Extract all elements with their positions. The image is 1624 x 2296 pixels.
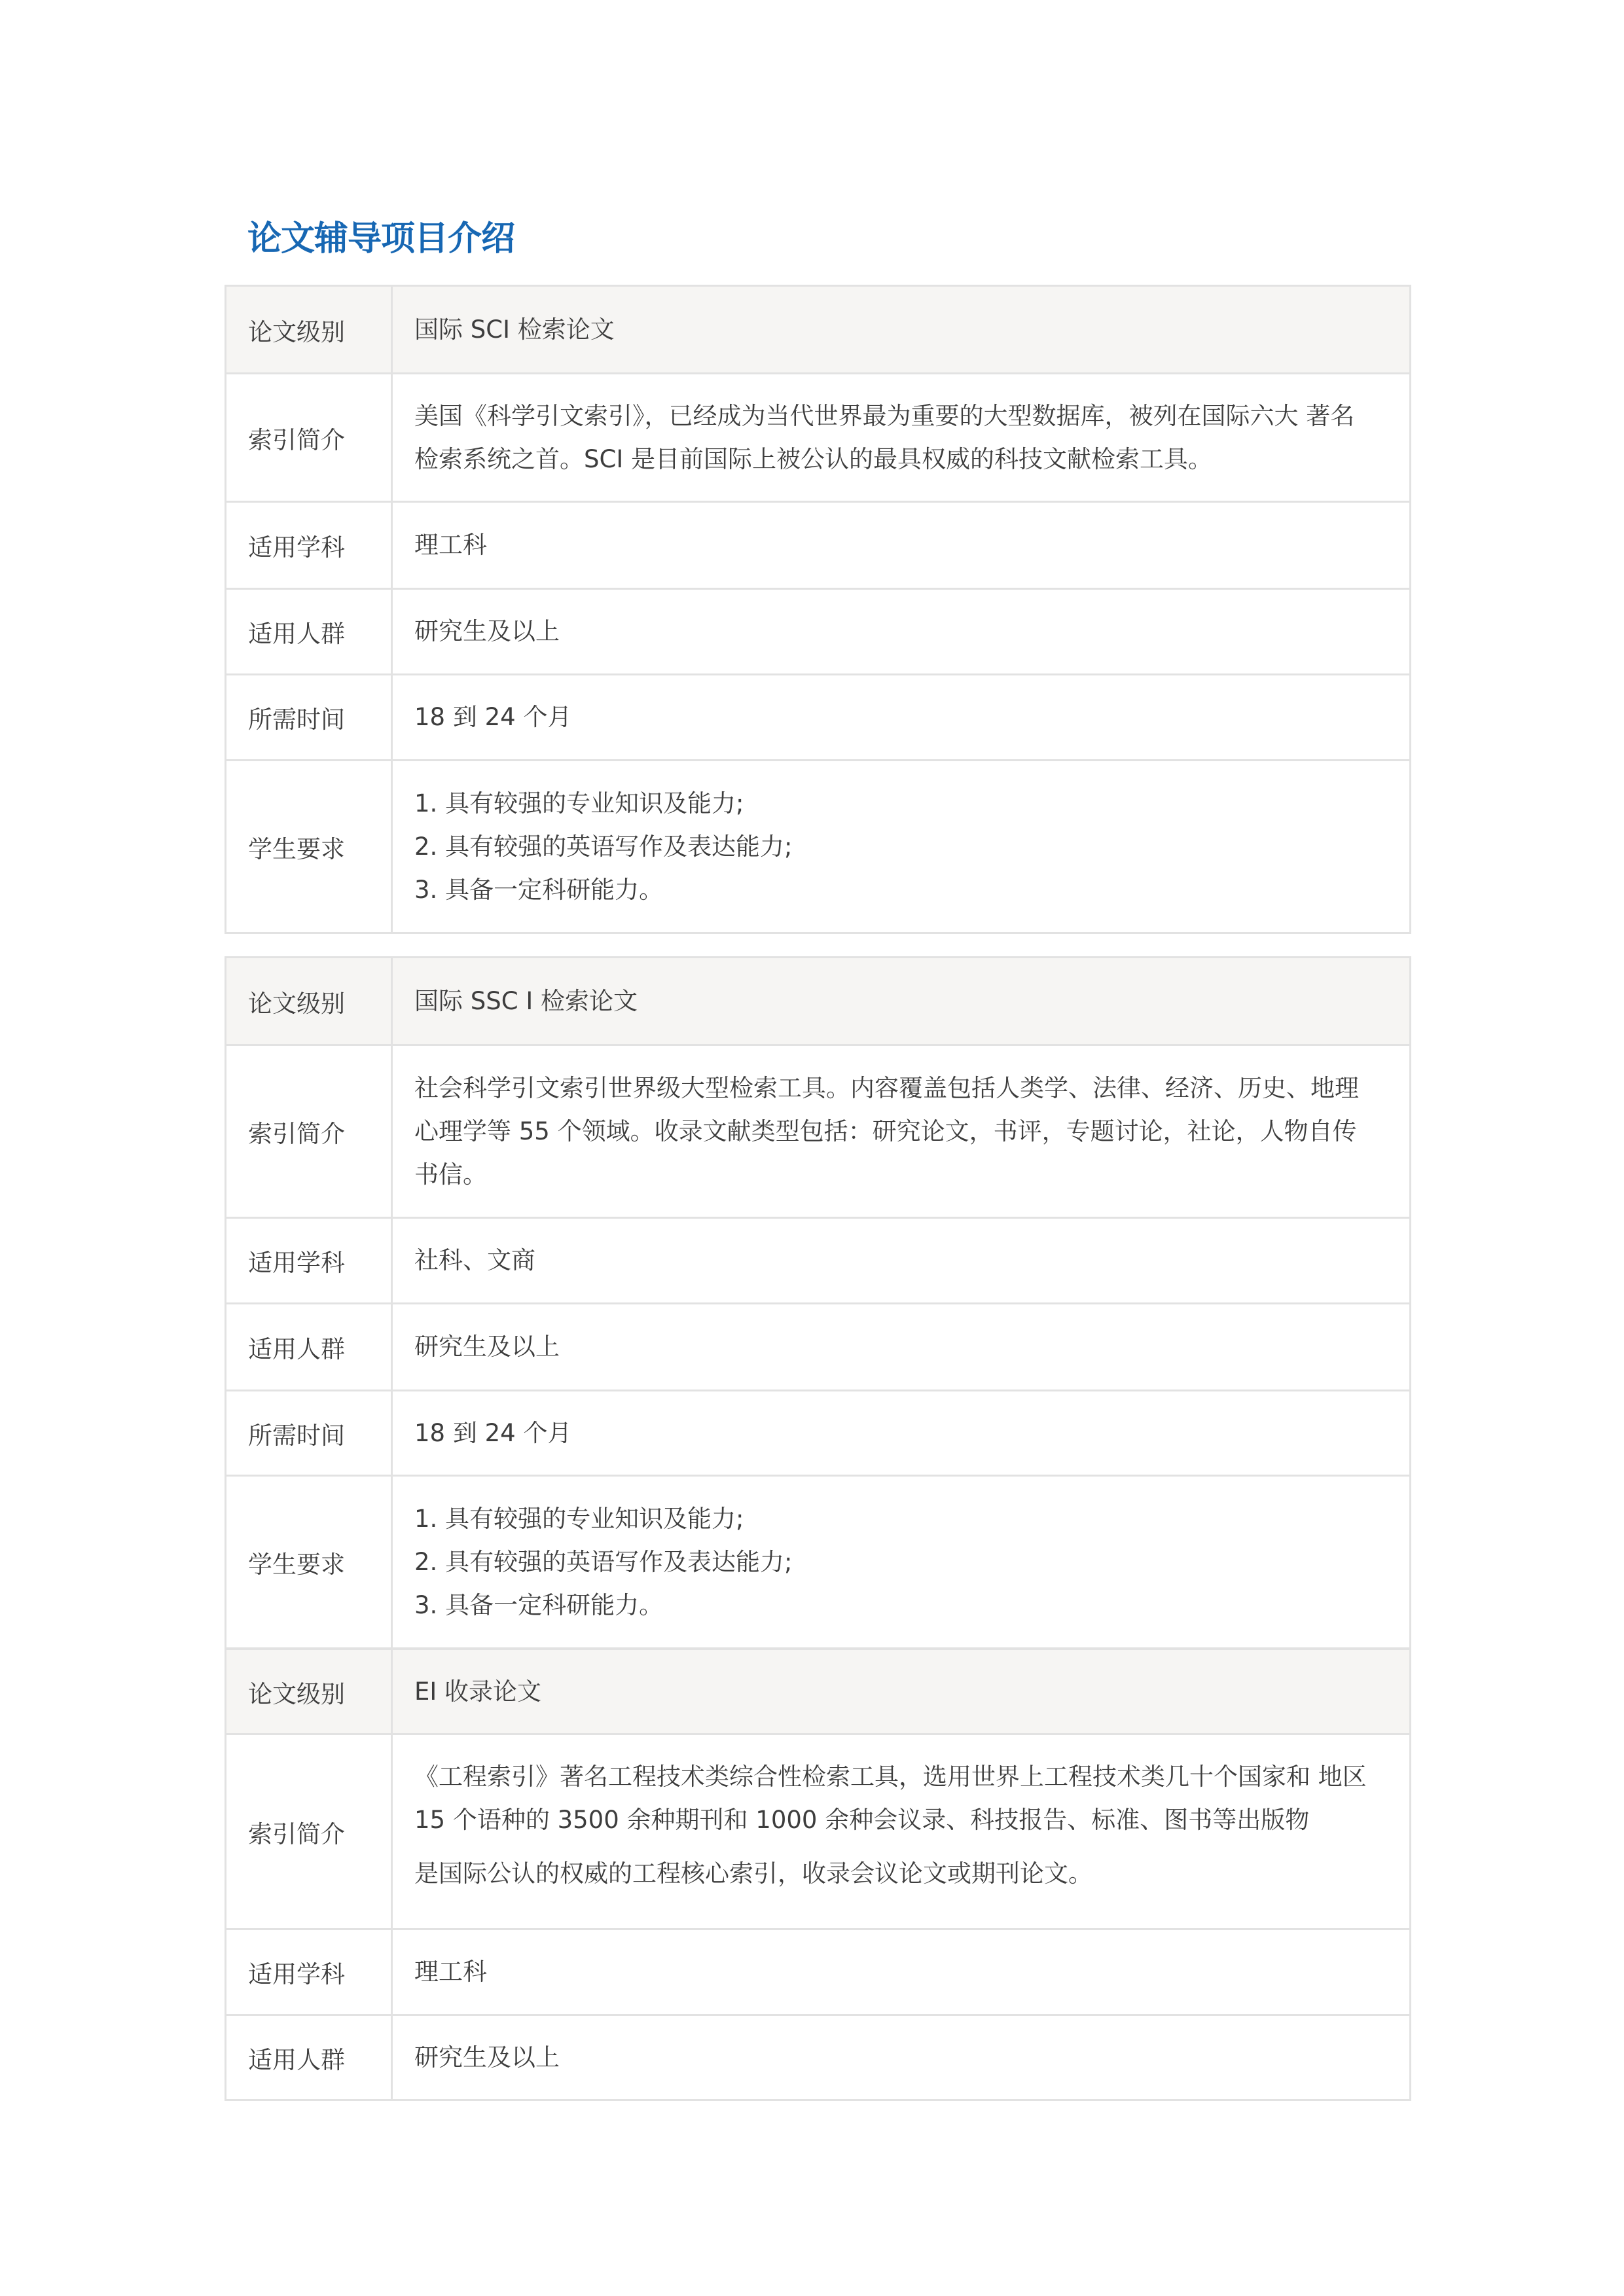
- row-value: 美国《科学引文索引》，已经成为当代世界最为重要的大型数据库，被列在国际六大 著名…: [393, 374, 1409, 501]
- table-row-audience: 适用人群 研究生及以上: [226, 1302, 1409, 1390]
- row-label: 适用学科: [226, 1219, 393, 1302]
- value-line: 18 到 24 个月: [414, 696, 1390, 739]
- row-value: EI 收录论文: [393, 1650, 1409, 1733]
- table-row-audience: 适用人群 研究生及以上: [226, 588, 1409, 673]
- value-line: 《工程索引》著名工程技术类综合性检索工具，选用世界上工程技术类几十个国家和 地区: [414, 1755, 1390, 1799]
- row-value: 《工程索引》著名工程技术类综合性检索工具，选用世界上工程技术类几十个国家和 地区…: [393, 1735, 1409, 1928]
- row-value: 国际 SCI 检索论文: [393, 287, 1409, 372]
- row-value: 理工科: [393, 1930, 1409, 2014]
- ssci-ei-table: 论文级别 国际 SSC I 检索论文 索引简介 社会科学引文索引世界级大型检索工…: [225, 956, 1411, 2101]
- table-row-intro: 索引简介 社会科学引文索引世界级大型检索工具。内容覆盖包括人类学、法律、经济、历…: [226, 1044, 1409, 1217]
- value-line: 3. 具备一定科研能力。: [414, 869, 1390, 912]
- table-row-duration: 所需时间 18 到 24 个月: [226, 1390, 1409, 1475]
- row-label: 论文级别: [226, 287, 393, 372]
- row-value: 1. 具有较强的专业知识及能力; 2. 具有较强的英语写作及表达能力; 3. 具…: [393, 761, 1409, 932]
- value-line: 15 个语种的 3500 余种期刊和 1000 余种会议录、科技报告、标准、图书…: [414, 1799, 1390, 1842]
- value-line: 3. 具备一定科研能力。: [414, 1584, 1390, 1627]
- row-label: 论文级别: [226, 958, 393, 1044]
- row-label: 适用学科: [226, 1930, 393, 2014]
- table-row-requirements: 学生要求 1. 具有较强的专业知识及能力; 2. 具有较强的英语写作及表达能力;…: [226, 1475, 1409, 1647]
- row-label: 索引简介: [226, 1735, 393, 1928]
- table-row-intro: 索引简介 美国《科学引文索引》，已经成为当代世界最为重要的大型数据库，被列在国际…: [226, 372, 1409, 501]
- table-row-requirements: 学生要求 1. 具有较强的专业知识及能力; 2. 具有较强的英语写作及表达能力;…: [226, 759, 1409, 932]
- table-row-audience: 适用人群 研究生及以上: [226, 2014, 1409, 2099]
- row-label: 索引简介: [226, 374, 393, 501]
- row-label: 索引简介: [226, 1046, 393, 1217]
- row-value: 研究生及以上: [393, 590, 1409, 673]
- table-row-level: 论文级别 国际 SCI 检索论文: [226, 287, 1409, 372]
- row-value: 理工科: [393, 503, 1409, 588]
- value-line: 国际 SSC I 检索论文: [414, 980, 1390, 1023]
- value-line: 研究生及以上: [414, 610, 1390, 653]
- row-label: 适用学科: [226, 503, 393, 588]
- value-line: 是国际公认的权威的工程核心索引，收录会议论文或期刊论文。: [414, 1852, 1390, 1895]
- value-line: 书信。: [414, 1153, 1390, 1196]
- value-line: 18 到 24 个月: [414, 1412, 1390, 1455]
- row-label: 学生要求: [226, 761, 393, 932]
- row-label: 所需时间: [226, 675, 393, 759]
- row-label: 论文级别: [226, 1650, 393, 1733]
- table-row-subject: 适用学科 理工科: [226, 1928, 1409, 2014]
- page-title: 论文辅导项目介绍: [247, 216, 514, 262]
- row-value: 社科、文商: [393, 1219, 1409, 1302]
- value-line: 2. 具有较强的英语写作及表达能力;: [414, 1541, 1390, 1584]
- table-row-subject: 适用学科 社科、文商: [226, 1217, 1409, 1302]
- table-row-level: 论文级别 EI 收录论文: [226, 1647, 1409, 1733]
- row-value: 国际 SSC I 检索论文: [393, 958, 1409, 1044]
- row-value: 研究生及以上: [393, 2016, 1409, 2099]
- value-line: 理工科: [414, 1950, 1390, 1994]
- row-label: 适用人群: [226, 590, 393, 673]
- table-row-duration: 所需时间 18 到 24 个月: [226, 673, 1409, 759]
- row-value: 研究生及以上: [393, 1304, 1409, 1390]
- value-line: 检索系统之首。SCI 是目前国际上被公认的最具权威的科技文献检索工具。: [414, 438, 1390, 481]
- row-label: 学生要求: [226, 1477, 393, 1647]
- value-line: 社科、文商: [414, 1239, 1390, 1282]
- value-line: 国际 SCI 检索论文: [414, 308, 1390, 351]
- value-line: 1. 具有较强的专业知识及能力;: [414, 782, 1390, 825]
- table-row-intro: 索引简介 《工程索引》著名工程技术类综合性检索工具，选用世界上工程技术类几十个国…: [226, 1733, 1409, 1928]
- row-label: 适用人群: [226, 1304, 393, 1390]
- value-line: 1. 具有较强的专业知识及能力;: [414, 1498, 1390, 1541]
- value-line: 心理学等 55 个领域。收录文献类型包括：研究论文，书评，专题讨论，社论，人物自…: [414, 1110, 1390, 1153]
- row-value: 18 到 24 个月: [393, 675, 1409, 759]
- value-line: 理工科: [414, 524, 1390, 567]
- value-line: EI 收录论文: [414, 1670, 1390, 1713]
- row-value: 18 到 24 个月: [393, 1391, 1409, 1475]
- value-line: 研究生及以上: [414, 1325, 1390, 1369]
- row-value: 1. 具有较强的专业知识及能力; 2. 具有较强的英语写作及表达能力; 3. 具…: [393, 1477, 1409, 1647]
- row-value: 社会科学引文索引世界级大型检索工具。内容覆盖包括人类学、法律、经济、历史、地理 …: [393, 1046, 1409, 1217]
- value-line: 研究生及以上: [414, 2036, 1390, 2079]
- table-row-subject: 适用学科 理工科: [226, 501, 1409, 588]
- row-label: 所需时间: [226, 1391, 393, 1475]
- value-line: 2. 具有较强的英语写作及表达能力;: [414, 825, 1390, 869]
- sci-table: 论文级别 国际 SCI 检索论文 索引简介 美国《科学引文索引》，已经成为当代世…: [225, 285, 1411, 934]
- table-row-level: 论文级别 国际 SSC I 检索论文: [226, 958, 1409, 1044]
- value-line: 社会科学引文索引世界级大型检索工具。内容覆盖包括人类学、法律、经济、历史、地理: [414, 1067, 1390, 1110]
- value-line: 美国《科学引文索引》，已经成为当代世界最为重要的大型数据库，被列在国际六大 著名: [414, 395, 1390, 438]
- row-label: 适用人群: [226, 2016, 393, 2099]
